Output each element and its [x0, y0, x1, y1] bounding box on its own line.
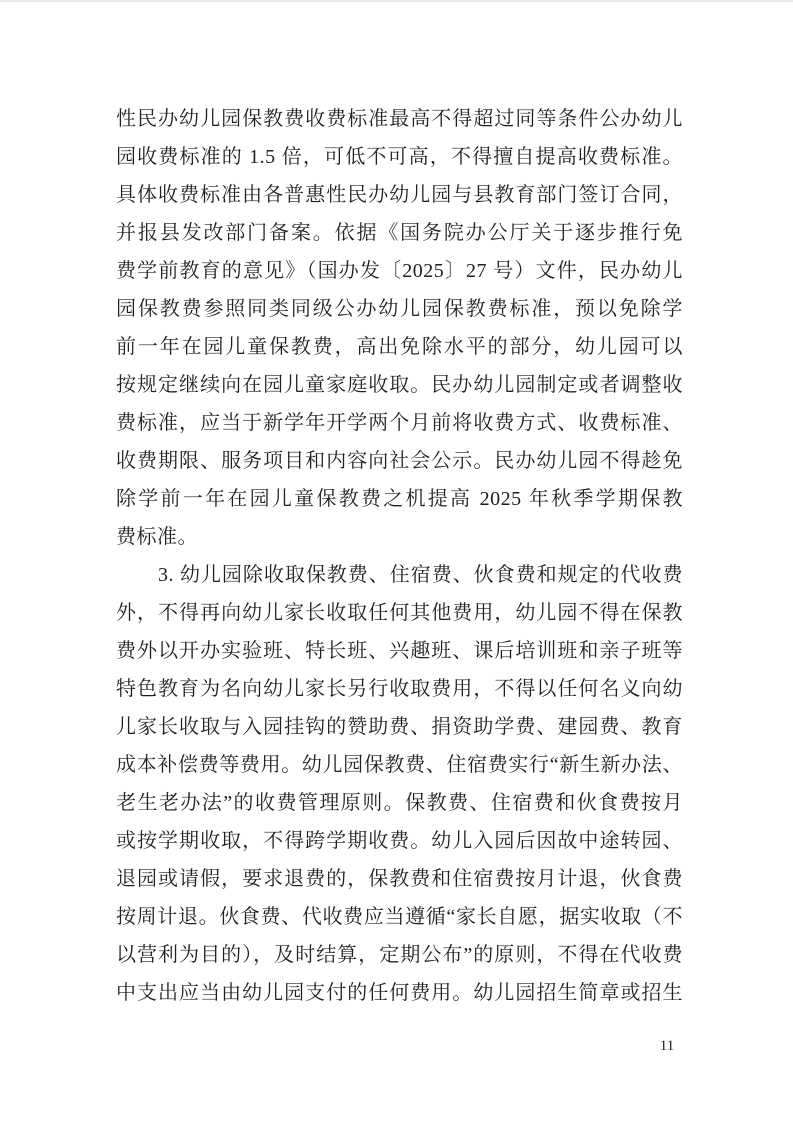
document-page: 性民办幼儿园保教费收费标准最高不得超过同等条件公办幼儿园收费标准的 1.5 倍，…	[0, 0, 793, 1122]
text-line: 除学前一年在园儿童保教费之机提高 2025 年秋季学期保教	[116, 480, 683, 518]
text-line: 老生老办法”的收费管理原则。保教费、住宿费和伙食费按月	[116, 784, 683, 822]
text-line: 费外以开办实验班、特长班、兴趣班、课后培训班和亲子班等	[116, 632, 683, 670]
text-line: 费标准。	[116, 518, 683, 556]
text-line: 按规定继续向在园儿童家庭收取。民办幼儿园制定或者调整收	[116, 366, 683, 404]
document-body: 性民办幼儿园保教费收费标准最高不得超过同等条件公办幼儿园收费标准的 1.5 倍，…	[116, 100, 683, 1012]
text-line: 按周计退。伙食费、代收费应当遵循“家长自愿，据实收取（不	[116, 898, 683, 936]
text-line: 园收费标准的 1.5 倍，可低不可高，不得擅自提高收费标准。	[116, 138, 683, 176]
text-line: 特色教育为名向幼儿家长另行收取费用，不得以任何名义向幼	[116, 670, 683, 708]
text-line: 前一年在园儿童保教费，高出免除水平的部分，幼儿园可以	[116, 328, 683, 366]
text-line: 费标准，应当于新学年开学两个月前将收费方式、收费标准、	[116, 404, 683, 442]
text-line: 收费期限、服务项目和内容向社会公示。民办幼儿园不得趁免	[116, 442, 683, 480]
text-line: 以营利为目的），及时结算，定期公布”的原则，不得在代收费	[116, 936, 683, 974]
text-line: 成本补偿费等费用。幼儿园保教费、住宿费实行“新生新办法、	[116, 746, 683, 784]
text-line: 或按学期收取，不得跨学期收费。幼儿入园后因故中途转园、	[116, 822, 683, 860]
text-line: 性民办幼儿园保教费收费标准最高不得超过同等条件公办幼儿	[116, 100, 683, 138]
page-number: 11	[652, 1038, 682, 1055]
text-line: 3. 幼儿园除收取保教费、住宿费、伙食费和规定的代收费	[116, 556, 683, 594]
text-line: 费学前教育的意见》（国办发〔2025〕27 号）文件，民办幼儿	[116, 252, 683, 290]
text-line: 退园或请假，要求退费的，保教费和住宿费按月计退，伙食费	[116, 860, 683, 898]
text-line: 中支出应当由幼儿园支付的任何费用。幼儿园招生简章或招生	[116, 974, 683, 1012]
text-line: 并报县发改部门备案。依据《国务院办公厅关于逐步推行免	[116, 214, 683, 252]
text-line: 外，不得再向幼儿家长收取任何其他费用，幼儿园不得在保教	[116, 594, 683, 632]
text-line: 具体收费标准由各普惠性民办幼儿园与县教育部门签订合同，	[116, 176, 683, 214]
text-line: 园保教费参照同类同级公办幼儿园保教费标准，预以免除学	[116, 290, 683, 328]
text-line: 儿家长收取与入园挂钩的赞助费、捐资助学费、建园费、教育	[116, 708, 683, 746]
